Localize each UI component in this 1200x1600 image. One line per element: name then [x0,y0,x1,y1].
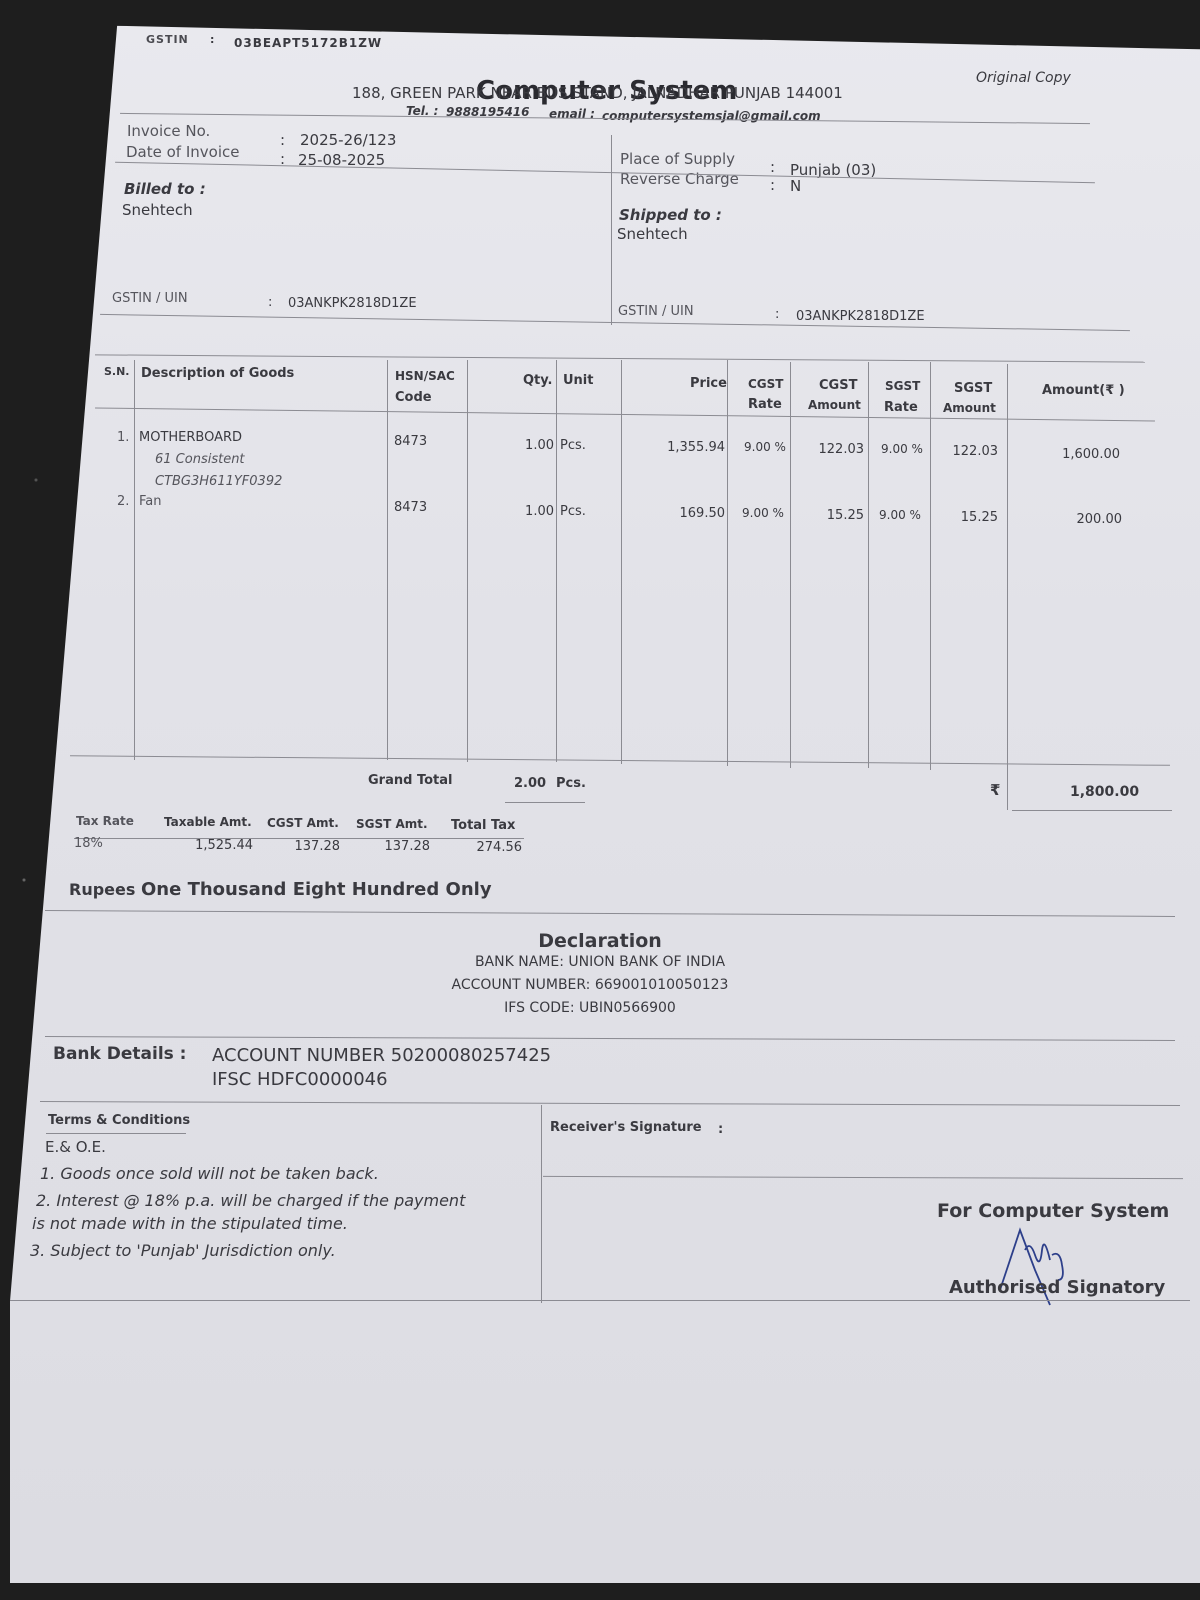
header-sgst-rate: SGST [885,379,920,393]
header-cgst-rate: CGST [748,377,783,391]
shipped-to-label: Shipped to : [619,206,722,224]
col-line [556,360,557,762]
header-sgst-amount-2: Amount [943,401,996,415]
col-line [621,360,622,764]
shipped-gstin: 03ANKPK2818D1ZE [796,309,925,324]
invoice-number: 2025-26/123 [300,131,396,149]
copy-type: Original Copy [976,70,1071,86]
col-line [727,360,728,766]
invoice-content: GSTIN : 03BEAPT5172B1ZW Original Copy Co… [0,0,1200,1600]
declaration-bank-name: BANK NAME: UNION BANK OF INDIA [430,954,770,970]
row-sgst-amount: 122.03 [940,444,998,459]
grand-total-label: Grand Total [368,773,452,788]
row-sgst-amount: 15.25 [940,510,998,525]
row-hsn: 8473 [394,500,427,515]
total-tax-header: Total Tax [451,818,515,833]
row-price: 1,355.94 [640,440,725,455]
terms-eoe: E.& O.E. [45,1138,106,1156]
col-line [467,360,468,762]
header-cgst-amount: CGST [819,378,857,393]
row-sn: 1. [117,430,129,445]
col-line [868,362,869,768]
email-label: email : [549,107,595,121]
declaration-account: ACCOUNT NUMBER: 669001010050123 [420,977,760,993]
terms-title: Terms & Conditions [48,1113,190,1128]
tax-rate-header: Tax Rate [76,814,134,828]
row-sn: 2. [117,494,129,509]
cgst-amount: 137.28 [270,839,340,854]
bank-ifsc: IFSC HDFC0000046 [212,1069,388,1090]
header-sgst-rate-2: Rate [884,400,918,415]
row-unit: Pcs. [560,504,586,519]
taxable-amount: 1,525.44 [150,838,253,853]
divider [100,314,1130,331]
declaration-title: Declaration [490,930,710,952]
col-line [134,360,135,760]
colon: : [775,307,779,322]
header-qty: Qty. [523,373,553,388]
row-description: Fan [139,494,162,509]
bank-account: ACCOUNT NUMBER 50200080257425 [212,1045,551,1066]
billed-to-label: Billed to : [124,180,206,198]
shipped-gstin-label: GSTIN / UIN [618,304,694,319]
row-unit: Pcs. [560,438,586,453]
row-description: MOTHERBOARD [139,430,242,445]
row-qty: 1.00 [500,504,554,519]
header-sn: S.N. [104,365,130,378]
total-tax: 274.56 [450,840,522,855]
row-sgst-rate: 9.00 % [881,442,923,456]
sgst-amount: 137.28 [360,839,430,854]
row-cgst-rate: 9.00 % [742,506,784,520]
tax-rate: 18% [74,836,103,851]
seller-gstin-label: GSTIN [146,33,189,46]
seller-gstin-colon: : [210,33,214,46]
company-address: 188, GREEN PARK NEAR BUS STAND, JALNADHA… [352,84,843,102]
billed-to-name: Snehtech [122,201,193,219]
divider [611,135,612,325]
col-line [1007,364,1008,810]
colon: : [770,158,775,176]
terms-item: is not made with in the stipulated time. [32,1214,348,1233]
colon: : [718,1122,723,1137]
col-line [387,360,388,760]
cgst-header: CGST Amt. [267,816,339,830]
divider [115,162,1095,184]
billed-gstin: 03ANKPK2818D1ZE [288,296,417,311]
divider [1012,810,1172,811]
divider [46,1133,186,1134]
header-sgst-amount: SGST [954,381,992,396]
terms-item: 3. Subject to 'Punjab' Jurisdiction only… [30,1241,336,1260]
divider [45,910,1175,917]
divider [10,1300,1190,1301]
reverse-charge: N [790,177,801,195]
place-of-supply-label: Place of Supply [620,150,735,168]
colon: : [280,131,285,149]
taxable-header: Taxable Amt. [164,815,252,829]
amount-in-words-prefix: Rupees [69,880,135,899]
divider [95,354,1145,362]
divider [505,802,585,803]
invoice-date-label: Date of Invoice [126,143,239,161]
row-amount: 1,600.00 [1030,447,1120,462]
bank-details-label: Bank Details : [53,1044,187,1064]
colon: : [770,176,775,194]
total-qty: 2.00 [514,776,546,791]
grand-total-amount: 1,800.00 [1070,784,1139,800]
amount-in-words: One Thousand Eight Hundred Only [141,879,492,900]
divider [543,1176,1183,1179]
authorised-signatory-label: Authorised Signatory [949,1277,1165,1298]
header-cgst-rate-2: Rate [748,397,782,412]
divider [541,1105,542,1303]
header-amount: Amount(₹ ) [1042,383,1125,398]
total-unit: Pcs. [556,776,586,791]
header-unit: Unit [563,373,593,388]
row-cgst-amount: 122.03 [800,442,864,457]
header-cgst-amount-2: Amount [808,398,861,412]
divider [45,1036,1175,1041]
rupee-icon: ₹ [990,781,1000,799]
terms-item: 2. Interest @ 18% p.a. will be charged i… [36,1191,465,1210]
divider [40,1101,1180,1106]
divider [70,755,1170,766]
header-price: Price [690,376,727,391]
row-qty: 1.00 [500,438,554,453]
invoice-number-label: Invoice No. [127,122,210,140]
receivers-signature-label: Receiver's Signature [550,1120,702,1135]
row-cgst-rate: 9.00 % [744,440,786,454]
header-description: Description of Goods [141,366,294,381]
row-subdescription: 61 Consistent [155,452,245,467]
seller-gstin: 03BEAPT5172B1ZW [234,36,382,50]
col-line [790,362,791,768]
colon: : [268,295,272,310]
shipped-to-name: Snehtech [617,225,688,243]
billed-gstin-label: GSTIN / UIN [112,291,188,306]
col-line [930,362,931,770]
row-serial: CTBG3H611YF0392 [155,474,282,489]
row-cgst-amount: 15.25 [800,508,864,523]
terms-item: 1. Goods once sold will not be taken bac… [40,1164,379,1183]
row-price: 169.50 [640,506,725,521]
header-hsn: HSN/SAC [395,369,455,383]
header-hsn-code: Code [395,390,432,405]
declaration-ifsc: IFS CODE: UBIN0566900 [420,1000,760,1016]
sgst-header: SGST Amt. [356,817,428,831]
row-sgst-rate: 9.00 % [879,508,921,522]
row-amount: 200.00 [1030,512,1122,527]
row-hsn: 8473 [394,434,427,449]
